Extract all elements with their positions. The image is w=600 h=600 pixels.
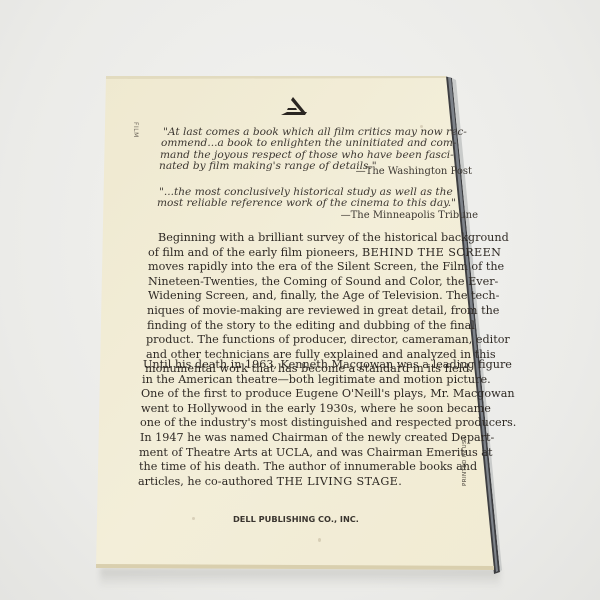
text-line: In 1947 he was named Chairman of the new… — [140, 431, 516, 446]
quote-attribution: —The Washington Post — [322, 166, 472, 177]
quote-attribution: —The Minneapolis Tribune — [328, 210, 478, 221]
text-line: one of the industry's most distinguished… — [140, 416, 516, 431]
text-line: the time of his death. The author of inn… — [139, 460, 516, 475]
book-description: Beginning with a brilliant survey of the… — [148, 231, 510, 377]
book-title: THE LIVING STAGE — [277, 475, 399, 488]
text-line: niques of movie-making are reviewed in g… — [147, 304, 510, 319]
text-line: Widening Screen, and, finally, the Age o… — [148, 289, 510, 304]
paper-speck — [192, 517, 195, 520]
text-line: moves rapidly into the era of the Silent… — [148, 260, 510, 275]
text-line: went to Hollywood in the early 1930s, wh… — [141, 402, 516, 417]
dell-chevron-logo-icon — [279, 95, 309, 117]
text-line: Nineteen-Twenties, the Coming of Sound a… — [148, 275, 510, 290]
category-mark: FILM — [132, 122, 139, 138]
text-line: Beginning with a brilliant survey of the… — [158, 231, 510, 246]
text-line: One of the first to produce Eugene O'Nei… — [141, 387, 516, 402]
author-biography: Until his death in 1963, Kenneth Macgowa… — [143, 358, 516, 489]
text-line: of film and of the early film pioneers, … — [148, 246, 510, 261]
publisher-name: DELL PUBLISHING CO., INC. — [233, 514, 359, 524]
text-line: articles, he co-authored THE LIVING STAG… — [138, 475, 516, 490]
book-title: BEHIND THE SCREEN — [362, 246, 501, 259]
text-line: Until his death in 1963, Kenneth Macgowa… — [143, 358, 516, 373]
text-line: in the American theatre—both legitimate … — [142, 373, 516, 388]
printed-in-usa-mark: PRINTED IN USA — [462, 436, 468, 486]
text-line: finding of the story to the editing and … — [147, 319, 510, 334]
text-line: product. The functions of producer, dire… — [146, 333, 510, 348]
text-line: ment of Theatre Arts at UCLA, and was Ch… — [139, 446, 516, 461]
review-quote-minneapolis-tribune: "...the most conclusively historical stu… — [159, 187, 449, 210]
paper-speck — [318, 538, 321, 542]
quote-line: most reliable reference work of the cine… — [157, 198, 449, 209]
